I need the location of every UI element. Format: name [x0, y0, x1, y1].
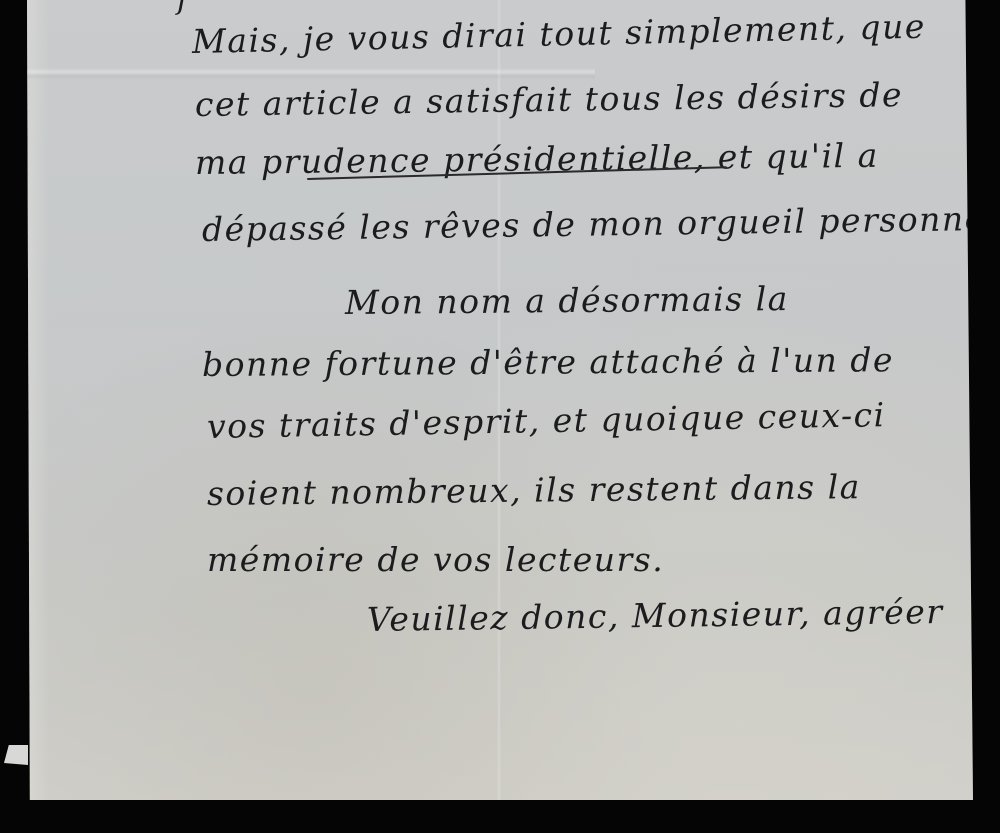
handwriting-line-0: f: [177, 0, 190, 17]
handwriting-line-7: vos traits d'esprit, et quoique ceux-ci: [207, 395, 886, 446]
handwriting-line-4: dépassé les rêves de mon orgueil personn…: [202, 199, 1000, 249]
handwriting-line-5: Mon nom a désormais la: [345, 279, 789, 322]
photo-scene: f Mais, je vous dirai tout simplement, q…: [0, 0, 1000, 833]
paper-crease-horizontal: [27, 68, 595, 80]
paper-fold-edge: [27, 0, 49, 800]
paper-tab-fragment: [4, 745, 28, 765]
handwriting-line-9: mémoire de vos lecteurs.: [207, 540, 664, 579]
handwriting-line-8: soient nombreux, ils restent dans la: [207, 467, 861, 513]
handwriting-line-6: bonne fortune d'être attaché à l'un de: [202, 340, 894, 384]
handwriting-line-3: ma prudence présidentielle, et qu'il a: [195, 136, 879, 182]
paper-crease-vertical: [497, 0, 501, 800]
handwriting-line-1: Mais, je vous dirai tout simplement, que: [192, 7, 927, 61]
letter-paper: f Mais, je vous dirai tout simplement, q…: [27, 0, 973, 800]
handwriting-line-2: cet article a satisfait tous les désirs …: [195, 75, 904, 124]
handwriting-line-10: Veuillez donc, Monsieur, agréer: [367, 592, 944, 639]
